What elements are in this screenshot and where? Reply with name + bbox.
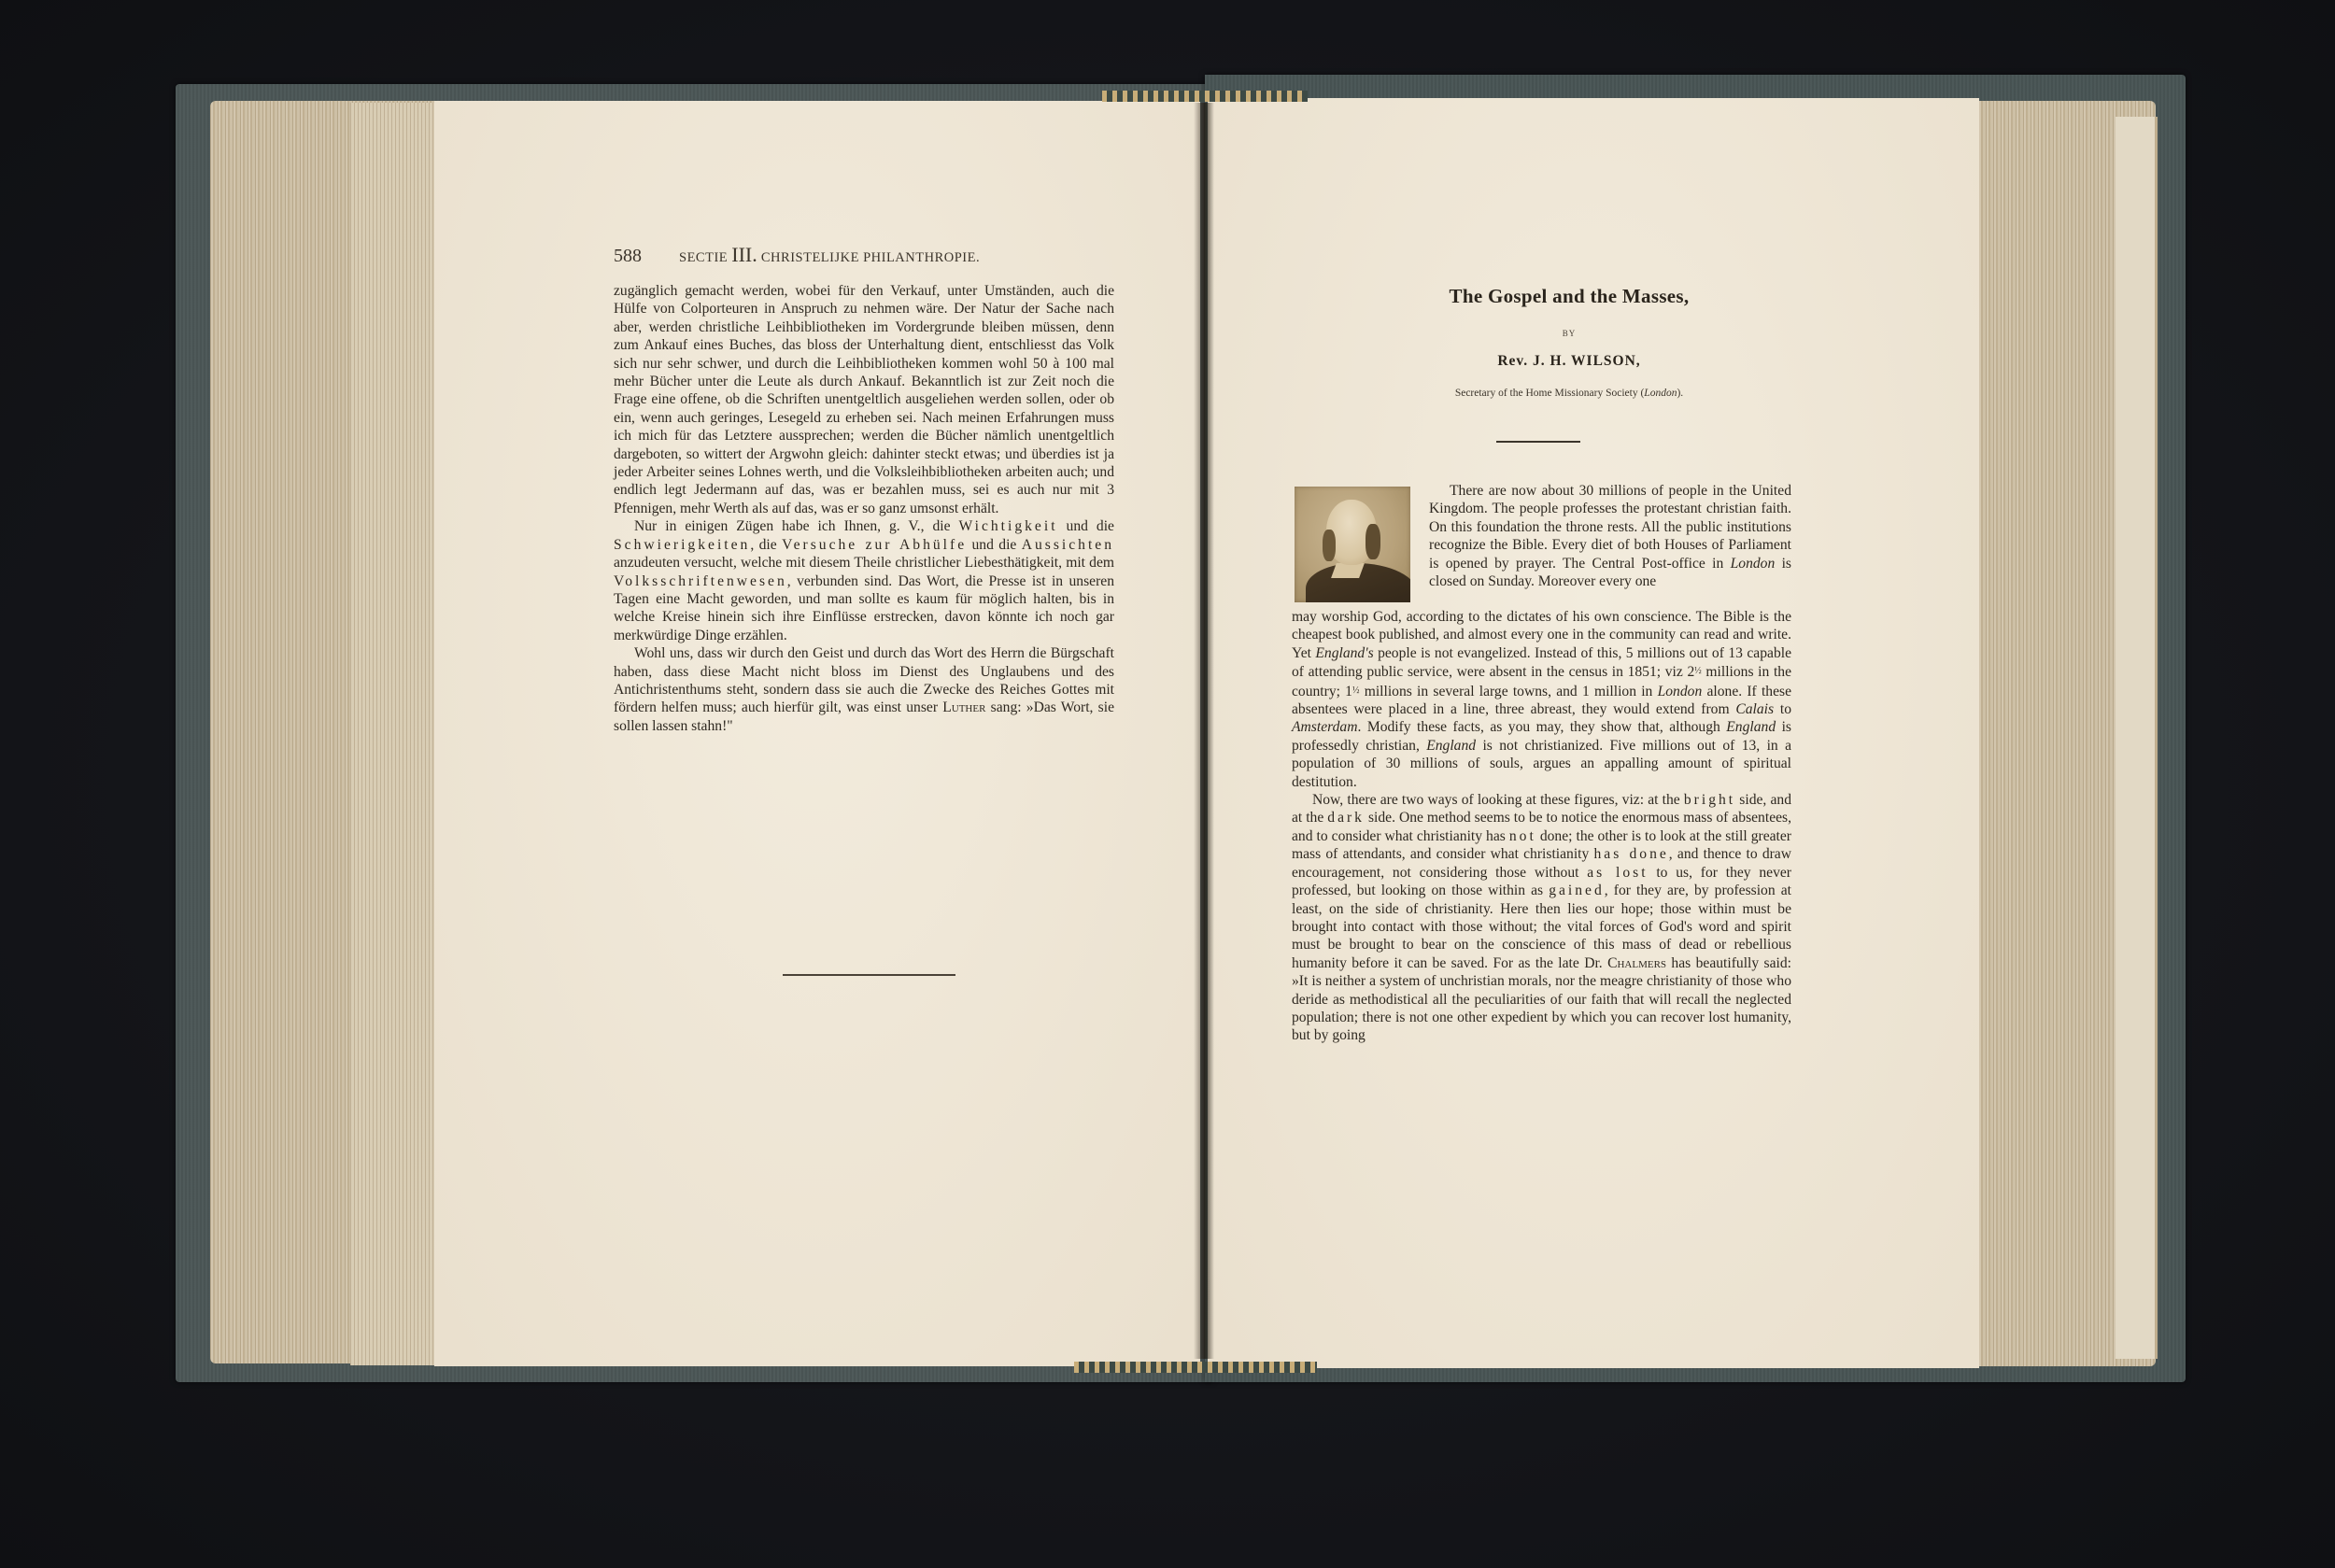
section-prefix: Sectie: [679, 250, 728, 265]
author-portrait: [1295, 487, 1410, 602]
gutter: [1194, 103, 1214, 1359]
paragraph: Nur in einigen Zügen habe ich Ihnen, g. …: [614, 517, 1114, 644]
page-edge-strip-left: [350, 103, 434, 1365]
author-name: Rev. J. H. WILSON,: [1326, 353, 1812, 370]
emphasis: Aussichten: [1022, 537, 1114, 553]
portrait-whisker-left: [1323, 530, 1336, 561]
text-run: und die: [967, 537, 1022, 553]
text-run: Now, there are two ways of looking at th…: [1312, 792, 1684, 808]
emphasis: dark: [1327, 810, 1365, 826]
article-title: The Gospel and the Masses,: [1326, 285, 1812, 308]
wrapped-intro-text: There are now about 30 millions of peopl…: [1429, 482, 1791, 590]
text-run: , die: [750, 537, 782, 553]
portrait-whisker-right: [1366, 524, 1380, 559]
italic-place: England's: [1315, 645, 1373, 661]
emphasis: Versuche zur Abhülfe: [782, 537, 967, 553]
section-heading: Sectie III. Christelijke Philanthropie.: [679, 243, 980, 267]
emphasis: not: [1509, 828, 1536, 844]
page-number: 588: [614, 246, 642, 267]
headband-bottom: [1074, 1362, 1317, 1373]
text-run: anzudeuten versucht, welche mit diesem T…: [614, 555, 1114, 571]
name-smallcaps: Luther: [942, 699, 985, 715]
byline-by: BY: [1326, 329, 1812, 338]
title-rule: [1496, 441, 1580, 443]
name-smallcaps: Chalmers: [1607, 955, 1666, 971]
fraction: ½: [1694, 666, 1702, 676]
emphasis: has done: [1594, 846, 1669, 862]
emphasis: gained: [1549, 883, 1605, 898]
italic-place: London: [1644, 388, 1677, 399]
end-rule: [783, 974, 955, 976]
author-affiliation: Secretary of the Home Missionary Society…: [1326, 388, 1812, 399]
paragraph: zugänglich gemacht werden, wobei für den…: [614, 282, 1114, 517]
section-title: Christelijke Philanthropie.: [761, 250, 980, 265]
text-run: . Modify these facts, as you may, they s…: [1357, 719, 1726, 735]
text-run: to: [1774, 701, 1791, 717]
emphasis: Schwierigkeiten: [614, 537, 750, 553]
italic-place: Calais: [1735, 701, 1774, 717]
italic-place: London: [1658, 684, 1703, 699]
emphasis: as lost: [1587, 865, 1648, 881]
emphasis: Wichtigkeit: [959, 518, 1058, 534]
running-head: 588 Sectie III. Christelijke Philanthrop…: [614, 243, 1137, 267]
text-run: und die: [1058, 518, 1114, 534]
paragraph: Wohl uns, dass wir durch den Geist und d…: [614, 644, 1114, 735]
italic-place: Amsterdam: [1292, 719, 1357, 735]
emphasis: Volksschriftenwesen: [614, 573, 787, 589]
portrait-collar: [1331, 563, 1365, 578]
section-roman-numeral: III.: [731, 243, 757, 266]
paragraph: Now, there are two ways of looking at th…: [1292, 791, 1791, 1045]
emphasis: bright: [1684, 792, 1735, 808]
text-run: Nur in einigen Zügen habe ich Ihnen, g. …: [634, 518, 959, 534]
text-run: millions in several large towns, and 1 m…: [1359, 684, 1657, 699]
italic-place: England: [1426, 738, 1476, 754]
italic-place: London: [1731, 556, 1776, 572]
italic-place: England: [1726, 719, 1776, 735]
text-run: Secretary of the Home Missionary Society…: [1455, 388, 1644, 399]
right-page-body: may worship God, according to the dictat…: [1292, 608, 1791, 1045]
paragraph: There are now about 30 millions of peopl…: [1429, 482, 1791, 590]
text-run: ).: [1677, 388, 1683, 399]
left-page-body: zugänglich gemacht werden, wobei für den…: [614, 282, 1114, 735]
page-edge-strip-right: [2116, 117, 2158, 1359]
paragraph: may worship God, according to the dictat…: [1292, 608, 1791, 791]
headband-top: [1102, 91, 1308, 102]
